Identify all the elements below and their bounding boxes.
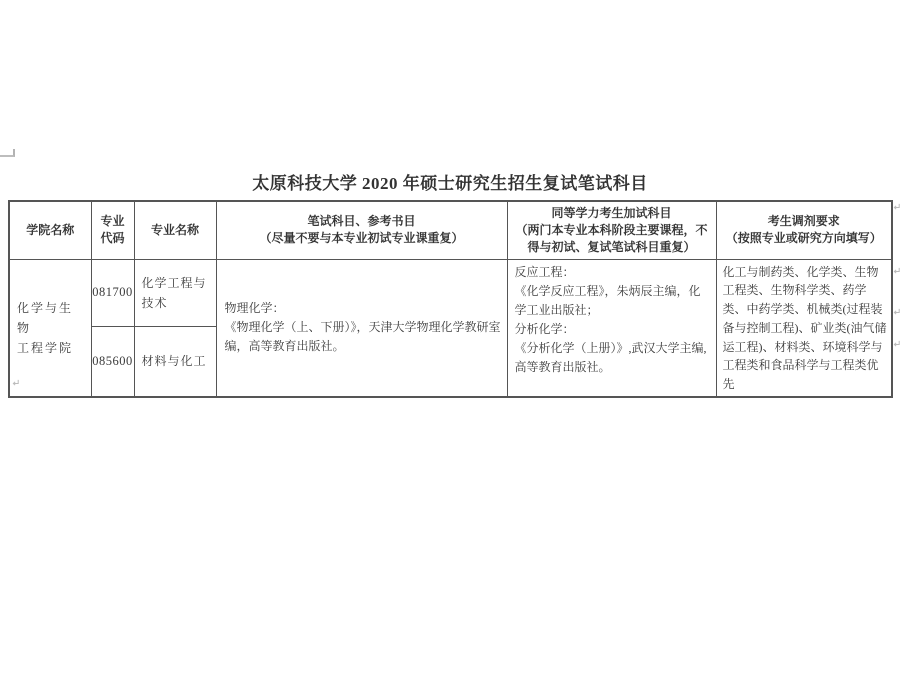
paragraph-mark-icon [892, 308, 900, 317]
major-name-cell-1: 化学工程与 技术 [134, 259, 216, 326]
col-header-college-name: 学院名称 [9, 201, 91, 259]
table-header-row: 学院名称 专业 代码 专业名称 笔试科目、参考书目 （尽量不要与本专业初试专业课… [9, 201, 892, 259]
exam-subjects-table: 学院名称 专业 代码 专业名称 笔试科目、参考书目 （尽量不要与本专业初试专业课… [8, 200, 893, 398]
adjustment-requirement-cell: 化工与制药类、化学类、生物工程类、生物科学类、药学类、中药学类、机械类(过程装备… [716, 259, 892, 397]
paragraph-mark-icon [11, 379, 20, 388]
col-header-written-exam: 笔试科目、参考书目 （尽量不要与本专业初试专业课重复） [216, 201, 507, 259]
major-name-cell-2: 材料与化工 [134, 326, 216, 397]
table-anchor-mark [0, 149, 15, 157]
col-header-additional-exam: 同等学力考生加试科目 （两门本专业本科阶段主要课程，不 得与初试、复试笔试科目重… [507, 201, 716, 259]
table-row: 化学与生物 工程学院 081700 化学工程与 技术 物理化学： 《物理化学（上… [9, 259, 892, 326]
paragraph-mark-icon [892, 267, 900, 276]
paragraph-mark-icon [892, 203, 900, 212]
page-title: 太原科技大学 2020 年硕士研究生招生复试笔试科目 [0, 169, 900, 194]
major-code-cell-1: 081700 [91, 259, 134, 326]
col-header-major-name: 专业名称 [134, 201, 216, 259]
college-name-cell: 化学与生物 工程学院 [9, 259, 91, 397]
paragraph-mark-icon [892, 340, 900, 349]
major-code-cell-2: 085600 [91, 326, 134, 397]
additional-exam-cell: 反应工程： 《化学反应工程》，朱炳辰主编，化学工业出版社； 分析化学： 《分析化… [507, 259, 716, 397]
document-page: 太原科技大学 2020 年硕士研究生招生复试笔试科目 学院名称 专业 代码 专业… [0, 0, 900, 675]
written-exam-cell: 物理化学： 《物理化学（上、下册）》，天津大学物理化学教研室编，高等教育出版社。 [216, 259, 507, 397]
col-header-major-code: 专业 代码 [91, 201, 134, 259]
col-header-adjustment: 考生调剂要求 （按照专业或研究方向填写） [716, 201, 892, 259]
